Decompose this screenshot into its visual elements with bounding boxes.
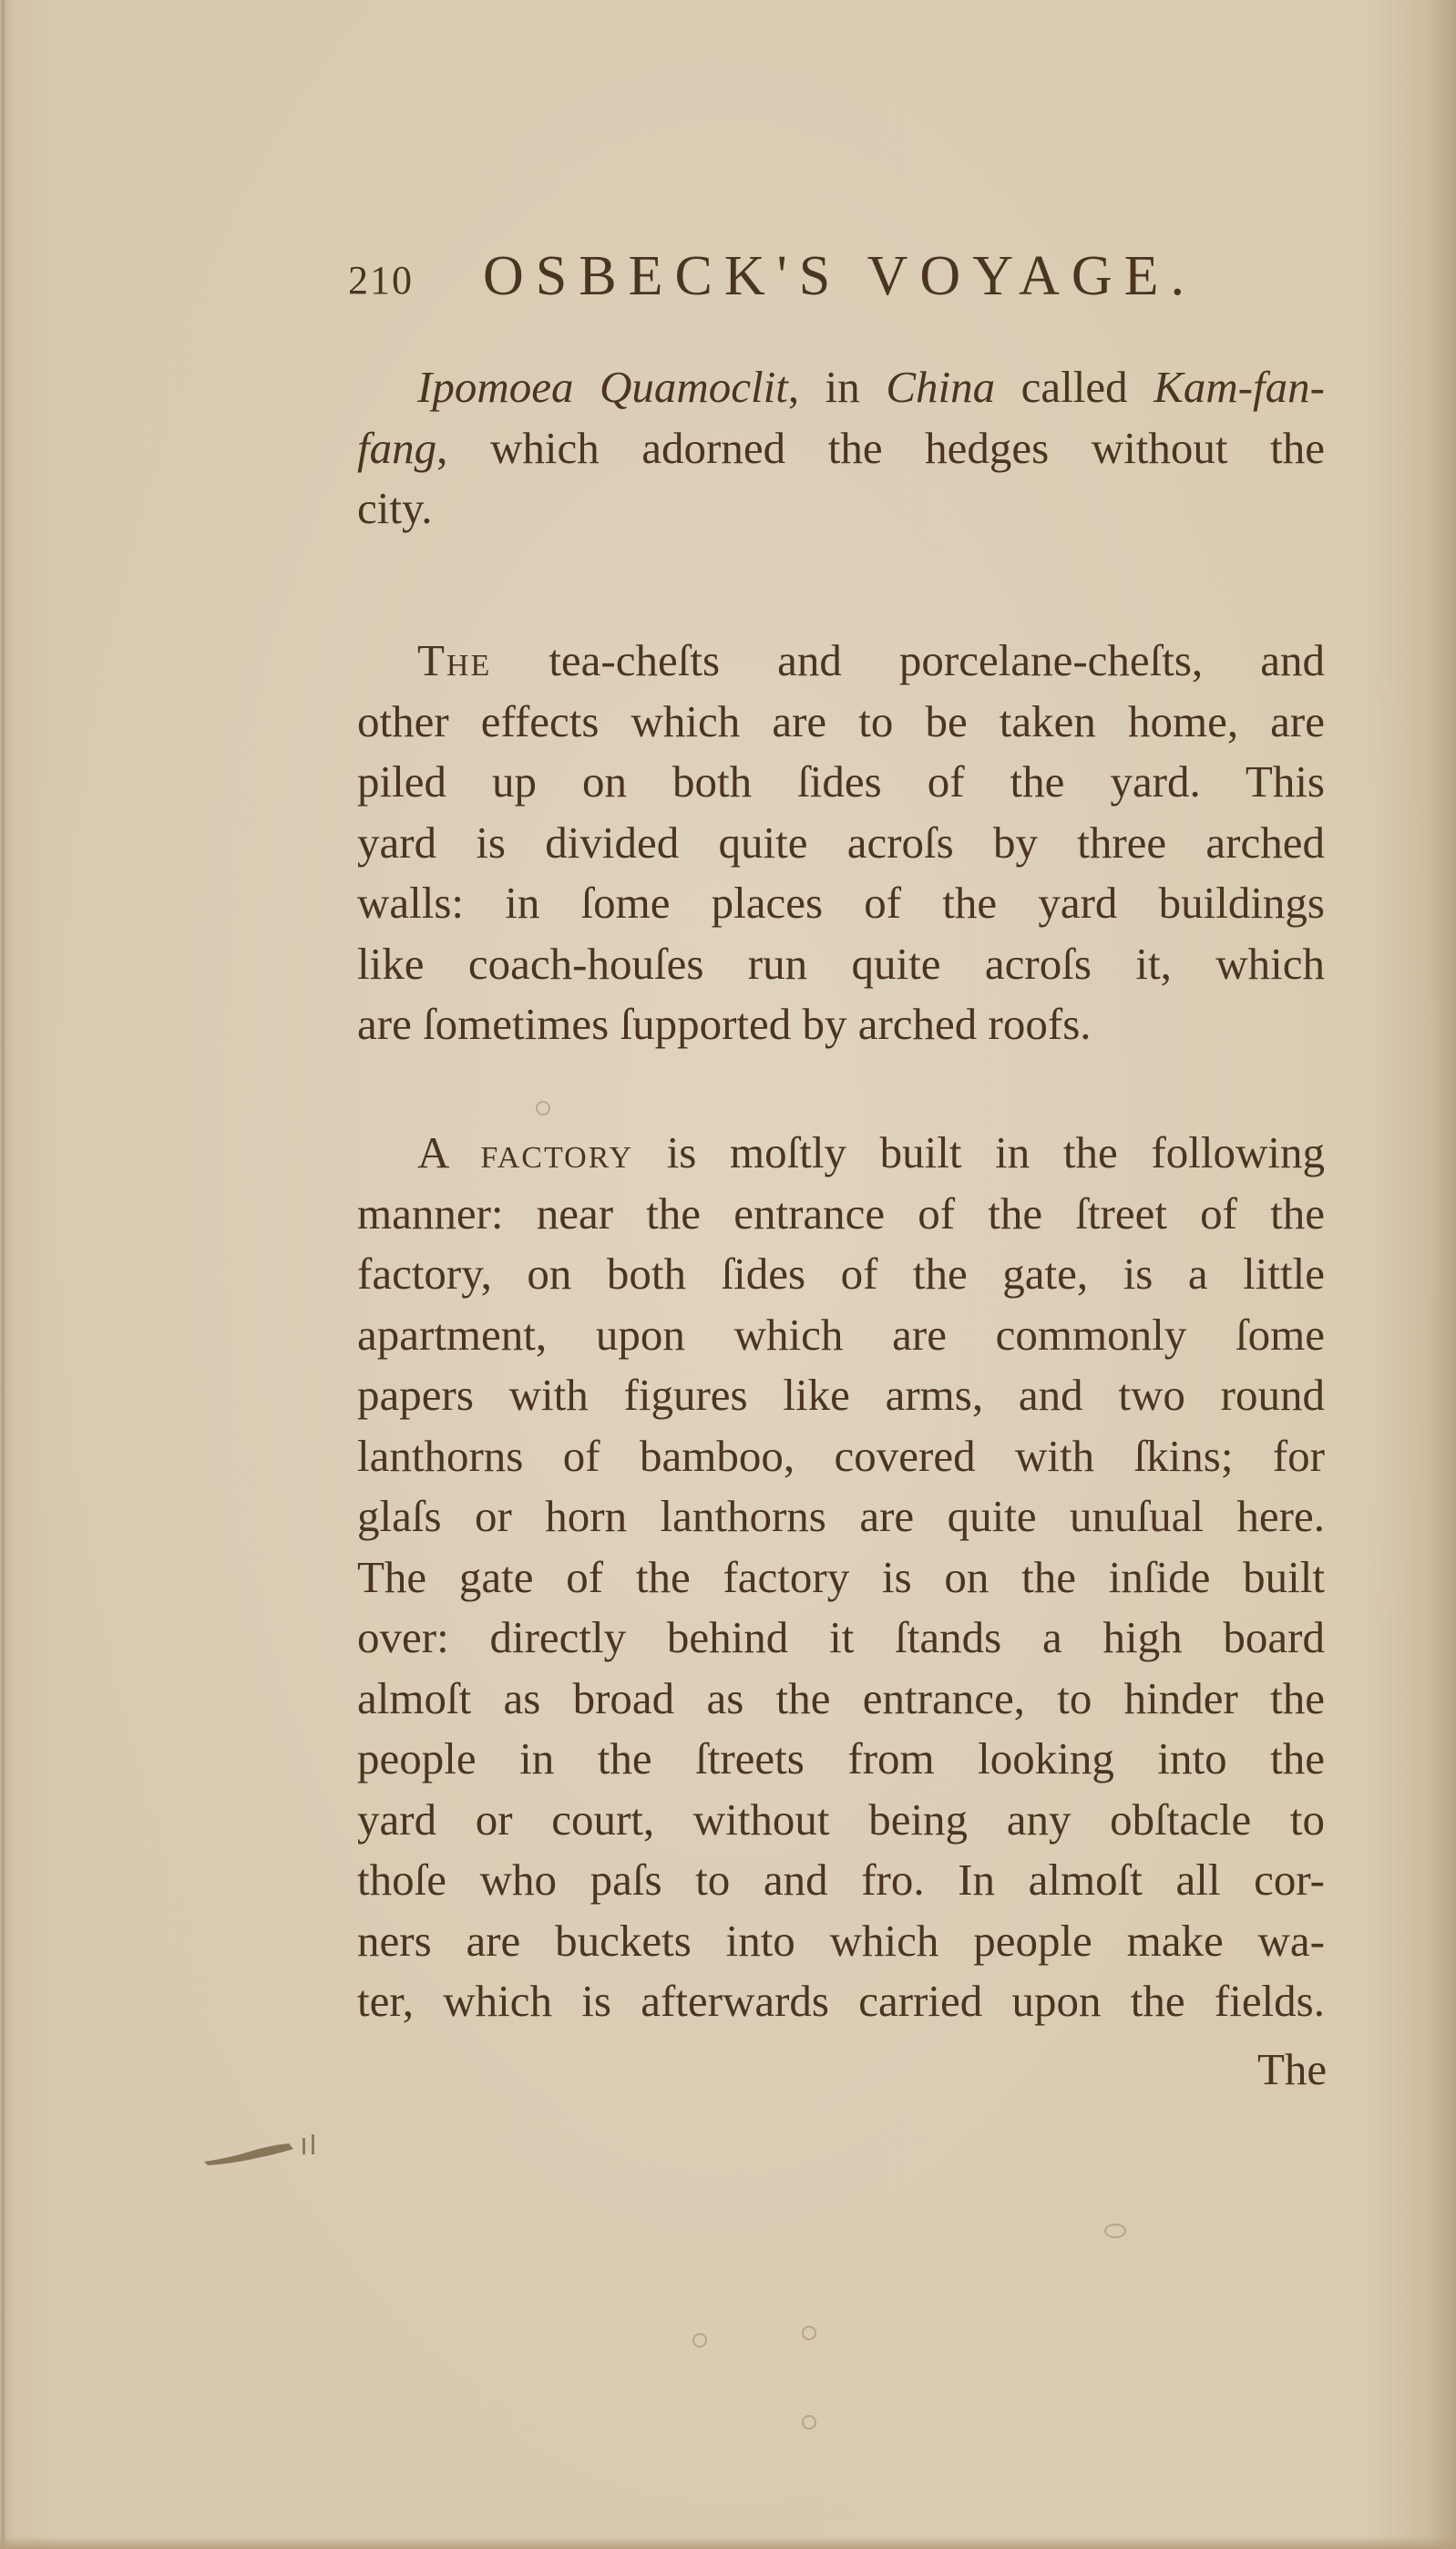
text-line: manner: near the entrance of the ſtreet … <box>357 1184 1325 1245</box>
page-bottom-edge <box>0 2536 1456 2549</box>
text-line: piled up on both ſides of the yard. This <box>357 752 1325 813</box>
small-caps-opening: The <box>417 635 491 685</box>
text-line: apartment, upon which are commonly ſome <box>357 1305 1325 1366</box>
text-line: other effects which are to be taken home… <box>357 692 1325 753</box>
italic-term: Ipomoea Quamoclit <box>417 362 788 412</box>
text-line: are ſometimes ſupported by arched roofs. <box>357 994 1325 1055</box>
text-line: A factory is moſtly built in the followi… <box>357 1123 1325 1184</box>
paper-speck-icon <box>1104 2224 1126 2238</box>
page-gutter-edge <box>2 0 5 2549</box>
paper-speck-icon <box>692 2333 707 2348</box>
text-line: glaſs or horn lanthorns are quite unuſua… <box>357 1486 1325 1547</box>
text-line: city. <box>357 478 1325 540</box>
text-line: thoſe who paſs to and fro. In almoſt all… <box>357 1850 1325 1911</box>
small-caps-term: factory <box>480 1127 633 1177</box>
text-line: walls: in ſome places of the yard buildi… <box>357 873 1325 934</box>
text-line: The tea-cheſts and porcelane-cheſts, and <box>357 631 1325 692</box>
paragraph-tea-chests: The tea-cheſts and porcelane-cheſts, and… <box>357 631 1325 1055</box>
text-line: ners are buckets into which people make … <box>357 1911 1325 1972</box>
text-line: Ipomoea Quamoclit, in China called Kam-f… <box>357 357 1325 418</box>
text-line: people in the ſtreets from looking into … <box>357 1729 1325 1790</box>
text-line: yard is divided quite acroſs by three ar… <box>357 813 1325 874</box>
text-line: The gate of the factory is on the inſide… <box>357 1547 1325 1609</box>
italic-term: China <box>886 362 995 412</box>
paragraph-factory: A factory is moſtly built in the followi… <box>357 1123 1325 2032</box>
catchword: The <box>1257 2043 1327 2095</box>
text-line: almoſt as broad as the entrance, to hind… <box>357 1669 1325 1730</box>
text-line: over: directly behind it ſtands a high b… <box>357 1608 1325 1669</box>
running-head: 210 OSBECK'S VOYAGE. <box>348 244 1259 308</box>
paper-speck-icon <box>802 2326 816 2340</box>
text-line: fang, which adorned the hedges without t… <box>357 418 1325 479</box>
text-line: papers with figures like arms, and two r… <box>357 1365 1325 1426</box>
italic-term: fang <box>357 423 436 473</box>
paragraph-ipomoea: Ipomoea Quamoclit, in China called Kam-f… <box>357 357 1325 540</box>
page-number: 210 <box>348 257 414 303</box>
paper-speck-icon <box>536 1101 550 1115</box>
italic-term: Kam-fan- <box>1154 362 1325 412</box>
text-line: yard or court, without being any obſtacl… <box>357 1790 1325 1851</box>
ink-stain-mark <box>202 2131 321 2167</box>
text-line: like coach-houſes run quite acroſs it, w… <box>357 934 1325 995</box>
paper-speck-icon <box>802 2415 816 2430</box>
text-line: factory, on both ſides of the gate, is a… <box>357 1244 1325 1305</box>
running-head-title: OSBECK'S VOYAGE. <box>483 244 1196 309</box>
text-line: lanthorns of bamboo, covered with ſkins;… <box>357 1426 1325 1487</box>
book-page: 210 OSBECK'S VOYAGE. Ipomoea Quamoclit, … <box>0 0 1456 2549</box>
text-line: ter, which is afterwards carried upon th… <box>357 1971 1325 2032</box>
